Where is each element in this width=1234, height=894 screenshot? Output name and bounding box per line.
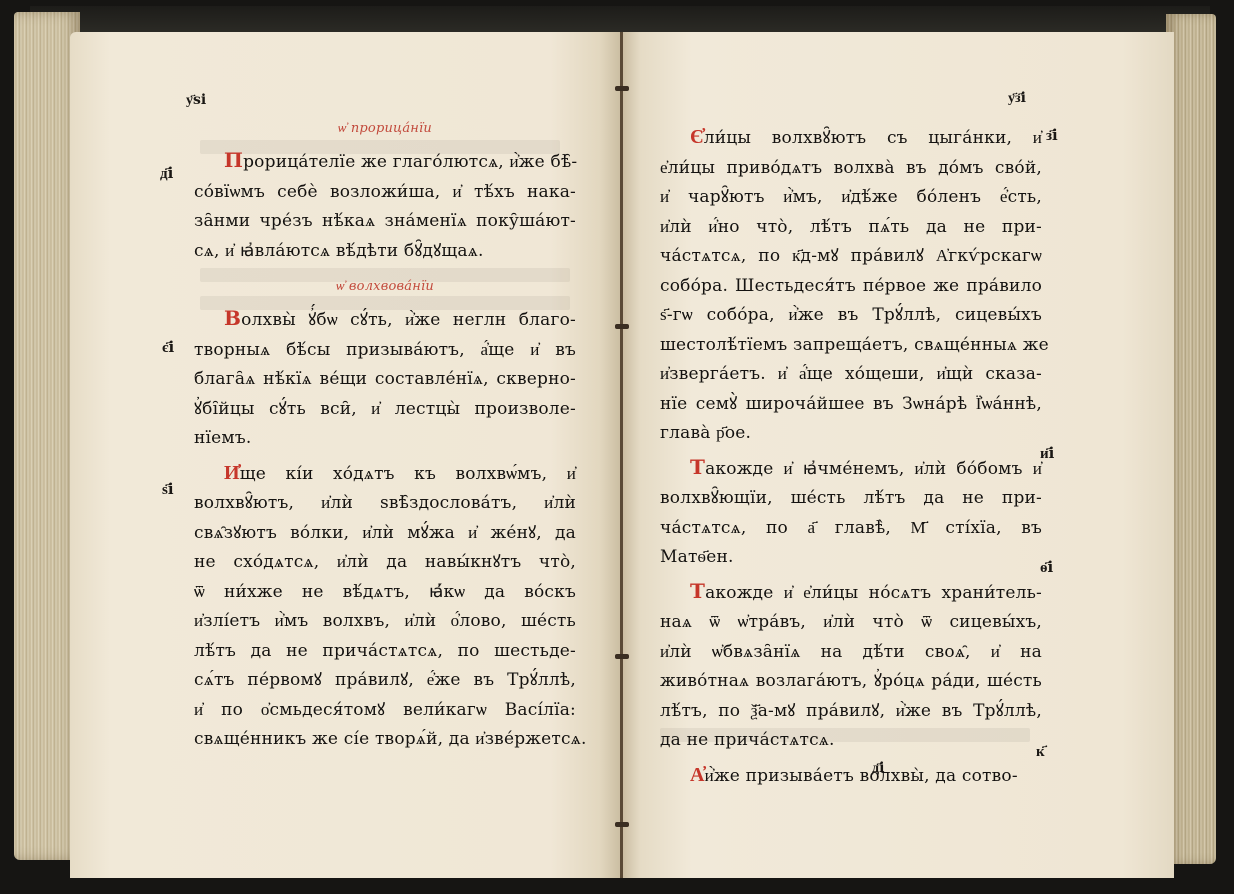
section-heading: ѡ҆ волхвова́нїи — [194, 276, 576, 298]
text-line: ꙋ҆бі̑йцы сꙋ́ть вси̑, и҆ лестцы̀ произвол… — [194, 395, 576, 425]
section-heading: ѡ҆ прорица́нїи — [194, 118, 576, 140]
gutter-fold — [620, 32, 623, 878]
text-line: живо́тнаѧ возлага́ютъ, ꙋ҆ро́цѧ ра́ди, ше… — [660, 667, 1042, 697]
left-text-column: ѡ҆ прорица́нїи Прорица́телїе же глаго́лю… — [194, 118, 576, 759]
text-line: и҆ по о҆смьдеся́томꙋ вели́кагѡ Васі́лїа: — [194, 696, 576, 726]
text-line: шестолѣ́тїемъ запреща́етъ, свѧще́нныѧ же — [660, 331, 1042, 361]
text-line: со́вїѡмъ себѐ возложи́ша, и҆ тѣ́хъ нака- — [194, 178, 576, 208]
text-line: волхвꙋ̑ютъ, и҆лѝ ѕвѣ̑здослова́тъ, и҆лѝ — [194, 489, 576, 519]
red-initial: П — [224, 148, 243, 172]
text-line: Такожде и҆ ꙗ҆чме́немъ, и҆лѝ бо́бомъ и҆ — [660, 453, 1042, 485]
text-line: глава̀ р҃ое. — [660, 419, 1042, 449]
red-initial: И҆ — [224, 460, 240, 484]
text-line: А҆и҆̀же призыва́етъ волхвы̀, да сотво- — [660, 760, 1042, 792]
red-initial: А҆ — [690, 762, 705, 786]
text-line: ѿ ни́хже не вѣ́дѧтъ, ꙗ҆́кѡ да во́скъ — [194, 578, 576, 608]
paragraph: Прорица́телїе же глаго́лютсѧ, и҆̀же бѣ̑-… — [194, 146, 576, 266]
binding-stitch — [615, 324, 629, 329]
binding-stitch — [615, 86, 629, 91]
folio-right: у҃з҃і — [1008, 90, 1026, 107]
catchword: д҃і — [872, 760, 884, 777]
text-line: да не прича́стѧтсѧ. — [660, 726, 1042, 756]
text-line: Прорица́телїе же глаго́лютсѧ, и҆̀же бѣ̑- — [194, 146, 576, 178]
paragraph: Такожде и҆ е҆ли́цы но́сѧтъ храни́тель- н… — [660, 577, 1042, 756]
text-line: Волхвы̀ ꙋ҆́бѡ сꙋ́ть, и҆̀же неглн благо- — [194, 304, 576, 336]
text-line: и҆лѝ и҆́но что̀, лѣ́тъ пѧ́ть да не при- — [660, 213, 1042, 243]
text-line: ѕ҃-гѡ собо́ра, и҆̀же въ Трꙋ́ллѣ, сицевы́… — [660, 301, 1042, 331]
paragraph: И҆ще кі́и хо́дѧтъ къ волхвѡ́мъ, и҆ волхв… — [194, 458, 576, 755]
text-line: нїе семꙋ̀ широча́йшее въ Зѡна́рѣ Ї҆ѡа́нн… — [660, 390, 1042, 420]
text-line: сѧ, и҆ ꙗ҆вла́ютсѧ вѣ́дѣти бꙋ̑дꙋщаѧ. — [194, 237, 576, 267]
margin-number: з҃і — [1046, 126, 1058, 145]
text-line: свѧ̑зꙋютъ во́лки, и҆лѝ мꙋ́жа и҆ же́нꙋ, д… — [194, 519, 576, 549]
text-line: нїемъ. — [194, 424, 576, 454]
binding-stitch — [615, 822, 629, 827]
right-text-column: Є҆ли́цы волхвꙋ̑ютъ съ цыга́нки, и҆ е҆ли́… — [660, 122, 1042, 795]
text-line: Такожде и҆ е҆ли́цы но́сѧтъ храни́тель- — [660, 577, 1042, 609]
folio-left: у҃ѕі — [186, 92, 206, 109]
text-line: не схо́дѧтсѧ, и҆лѝ да навы́кнꙋтъ что̀, — [194, 548, 576, 578]
text-line: наѧ ѿ ѡ҆тра́въ, и҆лѝ что̀ ѿ сицевы́хъ, — [660, 608, 1042, 638]
text-line: собо́ра. Шестьдеся́тъ пе́рвое же пра́вил… — [660, 272, 1042, 302]
text-line: волхвꙋ̑ющїи, ше́сть лѣ́тъ да не при- — [660, 484, 1042, 514]
red-initial: В — [224, 306, 241, 330]
text-line: и҆ чарꙋ̑ютъ и҆̀мъ, и҆дѣ́же бо́ленъ е҆́ст… — [660, 183, 1042, 213]
text-line: свѧще́нникъ же сі́е творѧ́й, да и҆зве́рж… — [194, 725, 576, 755]
book-top-edge — [30, 6, 1210, 32]
text-line: и҆зверга́етъ. и҆ а҆́ще хо́щеши, и҆щѝ ска… — [660, 360, 1042, 390]
paragraph: Волхвы̀ ꙋ҆́бѡ сꙋ́ть, и҆̀же неглн благо- … — [194, 304, 576, 454]
text-line: и҆злі́етъ и҆̀мъ волхвъ, и҆лѝ о҆́лово, ше… — [194, 607, 576, 637]
text-line: лѣ́тъ, по ѯ҃а-мꙋ пра́вилꙋ, и҆̀же въ Трꙋ́… — [660, 697, 1042, 727]
margin-number: и҃і — [1040, 444, 1054, 463]
paragraph: Такожде и҆ ꙗ҆чме́немъ, и҆лѝ бо́бомъ и҆ в… — [660, 453, 1042, 573]
text-line: И҆ще кі́и хо́дѧтъ къ волхвѡ́мъ, и҆ — [194, 458, 576, 490]
text-line: лѣ́тъ да не прича́стѧтсѧ, по шестьде- — [194, 637, 576, 667]
open-book: у҃ѕі д҃і є҃і ѕ҃і ѡ҆ прорица́нїи Прорица́… — [0, 0, 1234, 894]
paragraph: Є҆ли́цы волхвꙋ̑ютъ съ цыга́нки, и҆ е҆ли́… — [660, 122, 1042, 449]
text-line: Матѳ҃ен. — [660, 543, 1042, 573]
text-line: сѧ́тъ пе́рвомꙋ пра́вилꙋ, е҆́же въ Трꙋ́лл… — [194, 666, 576, 696]
red-initial: Т — [690, 579, 705, 603]
text-line: за̑нми чре́зъ нѣ́каѧ зна́менїѧ поку̑ша́ю… — [194, 207, 576, 237]
margin-number: д҃і — [160, 164, 173, 183]
text-line: и҆лѝ ѡ҆бвѧза̑нїѧ на дѣ́ти своѧ̑, и҆ на — [660, 638, 1042, 668]
red-initial: Т — [690, 455, 705, 479]
text-line: блага̑ѧ нѣ́кїѧ ве́щи составле́нїѧ, сквер… — [194, 365, 576, 395]
text-line: ча́стѧтсѧ, по к҃д-мꙋ пра́вилꙋ А҆гкѵ́рска… — [660, 242, 1042, 272]
paragraph: А҆и҆̀же призыва́етъ волхвы̀, да сотво- — [660, 760, 1042, 792]
text-line: е҆ли́цы приво́дѧтъ волхва̀ въ до́мъ сво́… — [660, 154, 1042, 184]
binding-stitch — [615, 654, 629, 659]
text-line: Є҆ли́цы волхвꙋ̑ютъ съ цыга́нки, и҆ — [660, 122, 1042, 154]
text-line: ча́стѧтсѧ, по а҃ главѣ̀, М҃ сті́хїа, въ — [660, 514, 1042, 544]
margin-number: ѕ҃і — [162, 480, 174, 499]
margin-number: є҃і — [162, 338, 174, 357]
text-line: творныѧ бѣ́сы призыва́ютъ, а҆́ще и҆ въ — [194, 336, 576, 366]
red-initial: Є҆ — [690, 124, 704, 148]
